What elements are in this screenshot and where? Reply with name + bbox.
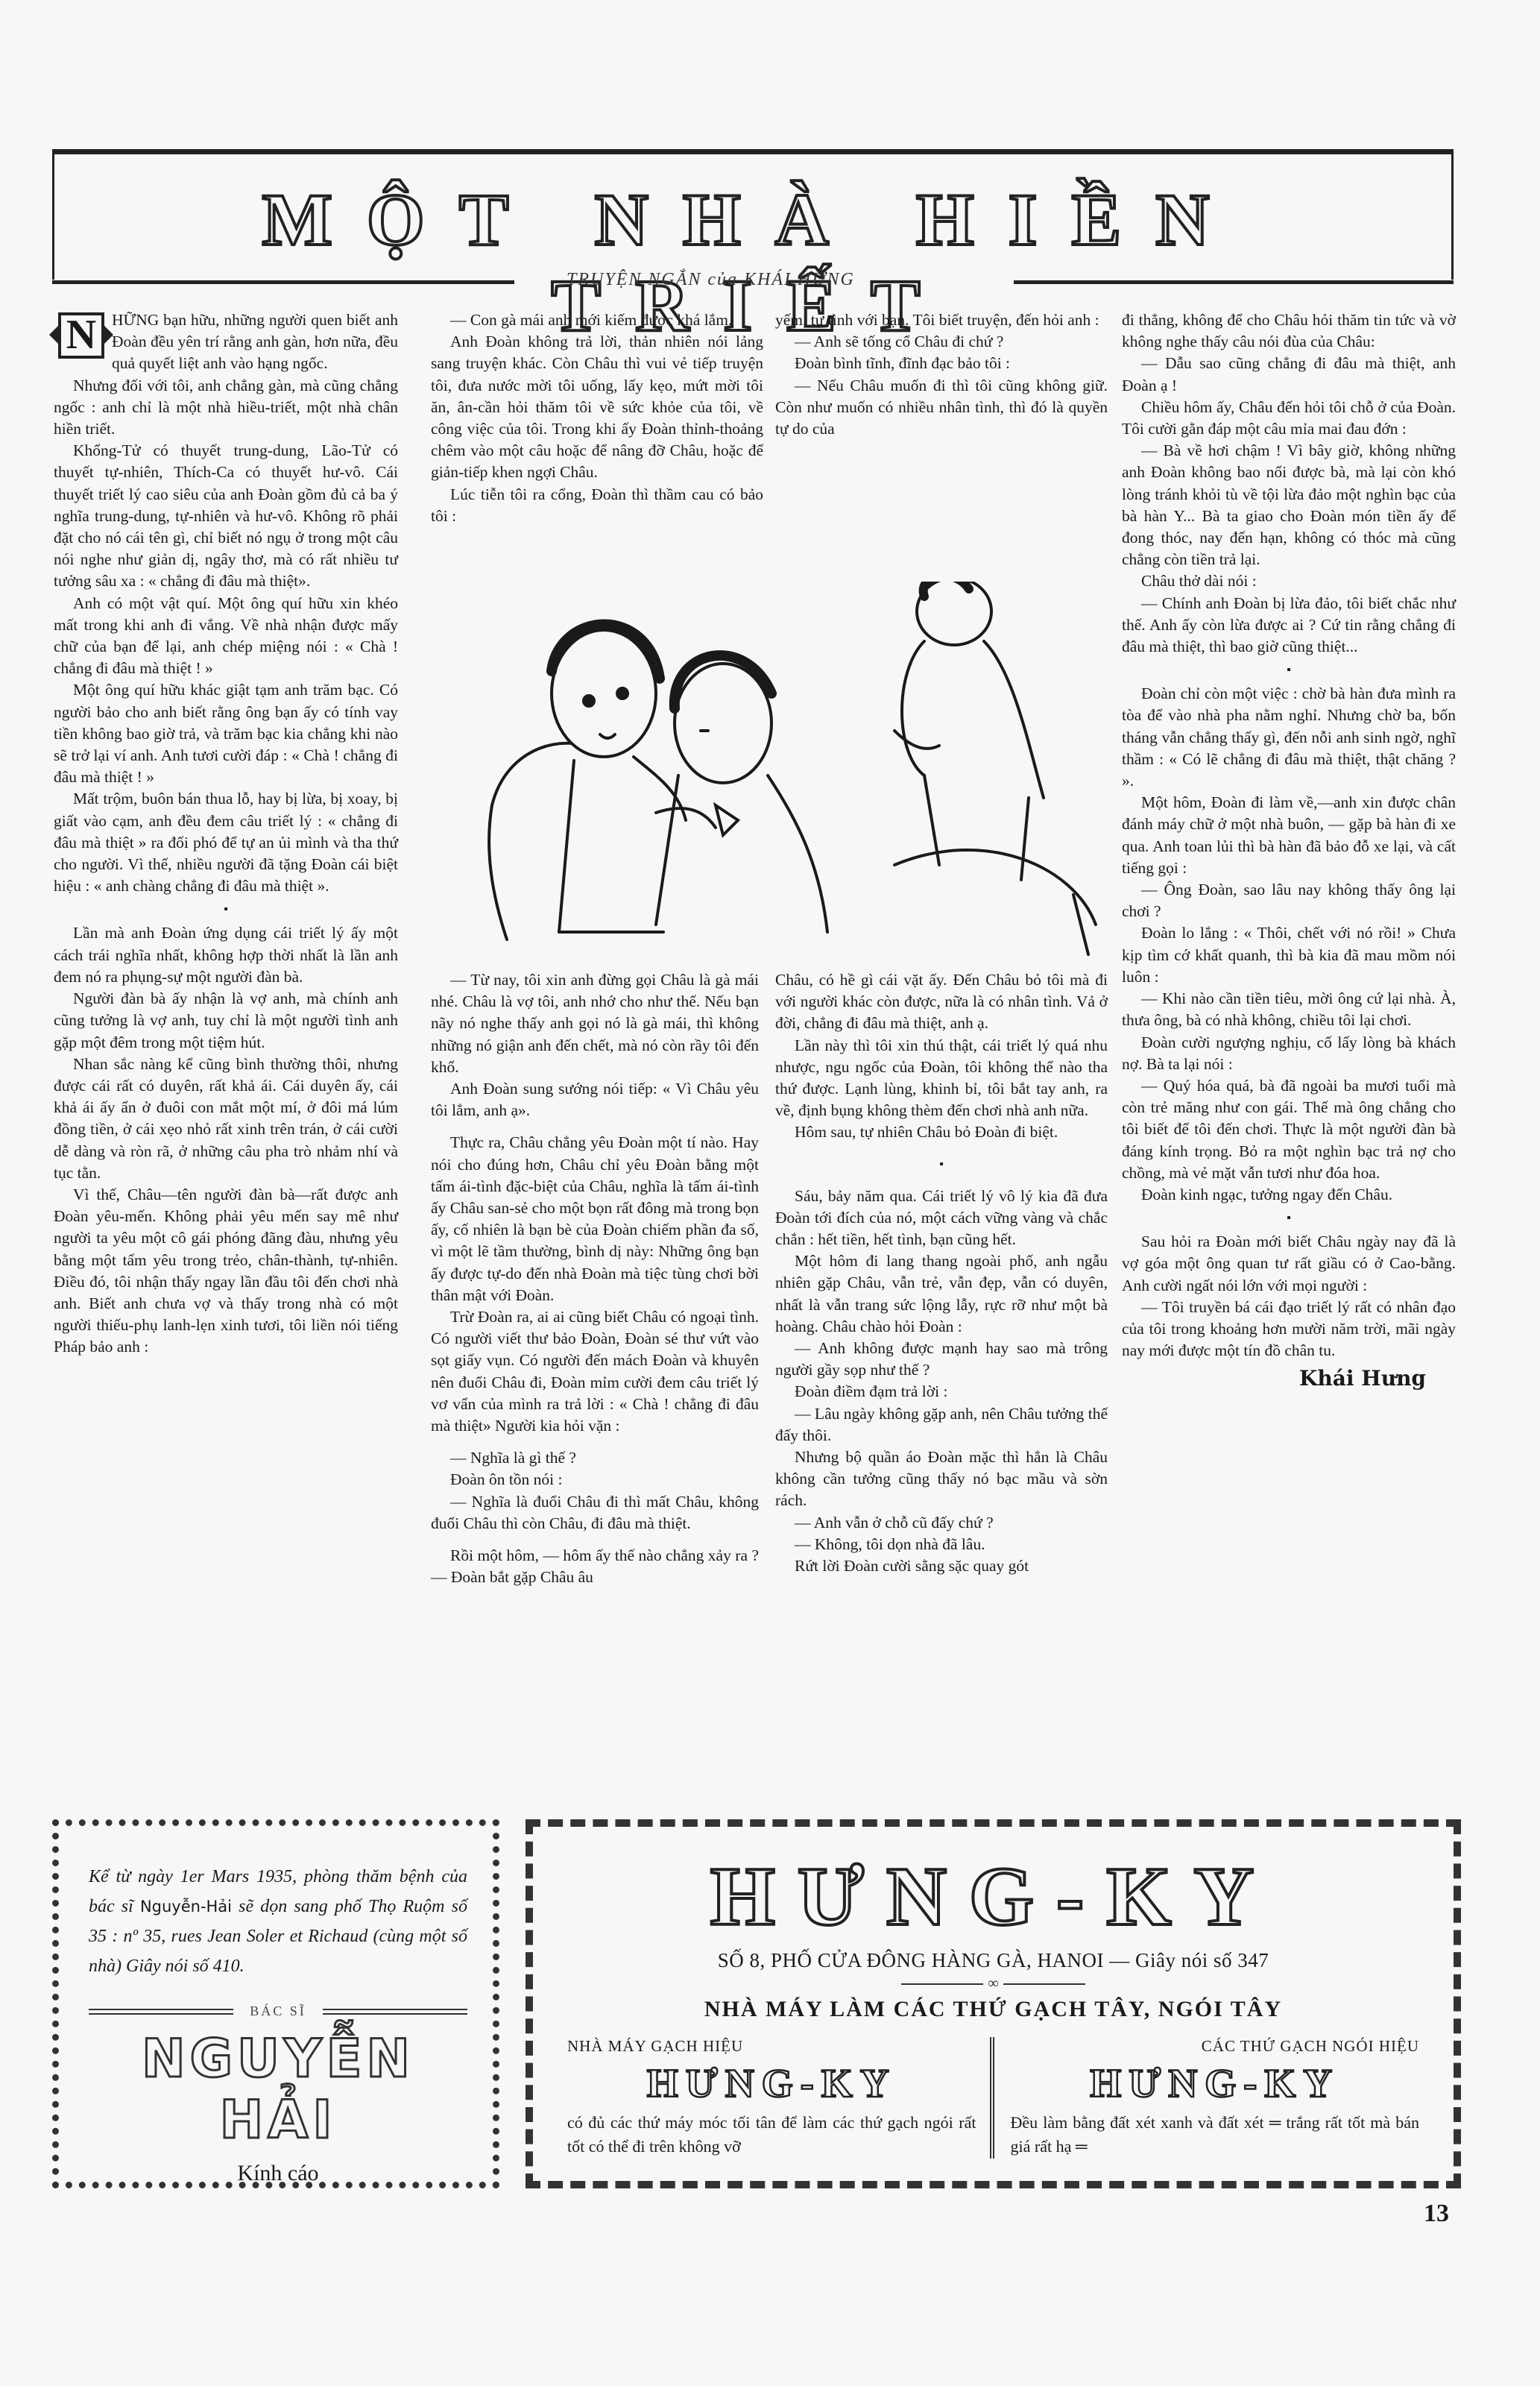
paragraph: — Anh sẽ tống cổ Châu đi chứ ? <box>775 331 1108 353</box>
ad-column-left: NHÀ MÁY GẠCH HIỆU HƯNG-KY có đủ các thứ … <box>563 2037 994 2159</box>
paragraph: Đoàn lo lắng : « Thôi, chết với nó rồi! … <box>1122 922 1456 988</box>
drop-cap: N <box>58 312 104 359</box>
paragraph: Lúc tiễn tôi ra cổng, Đoàn thì thầm cau … <box>431 484 763 527</box>
column-heading: NHÀ MÁY GẠCH HIỆU <box>567 2037 976 2056</box>
title-label: BÁC SĨ <box>233 2003 323 2019</box>
newspaper-page: MỘT NHÀ HIỀN TRIẾT TRUYỆN NGẮN của KHÁI … <box>0 0 1540 2386</box>
ad-columns: NHÀ MÁY GẠCH HIỆU HƯNG-KY có đủ các thứ … <box>563 2037 1424 2159</box>
paragraph: Anh có một vật quí. Một ông quí hữu xin … <box>54 593 398 680</box>
paragraph: Đoàn ôn tồn nói : <box>431 1469 759 1491</box>
paragraph: Thực ra, Châu chẳng yêu Đoàn một tí nào.… <box>431 1132 759 1306</box>
paragraph: Người đàn bà ấy nhận là vợ anh, mà chính… <box>54 988 398 1054</box>
brand-name: HƯNG-KY <box>567 2060 976 2106</box>
column-3-top: yếm, tự tình với bạn. Tôi biết truyện, đ… <box>775 309 1108 440</box>
paragraph: Sau hỏi ra Đoàn mới biết Châu ngày nay đ… <box>1122 1231 1456 1297</box>
section-separator: ▪ <box>1122 658 1456 683</box>
three-figures-drawing-icon <box>477 582 1103 962</box>
paragraph: Mất trộm, buôn bán thua lỗ, hay bị lừa, … <box>54 788 398 897</box>
notice-doctor-name: Nguyễn-Hải <box>140 1898 232 1916</box>
paragraph: Một hôm, Đoàn đi làm về,—anh xin được ch… <box>1122 792 1456 879</box>
title-row: BÁC SĨ <box>89 2003 467 2019</box>
column-heading: CÁC THỨ GẠCH NGÓI HIỆU <box>1011 2037 1420 2056</box>
paragraph: Lần mà anh Đoàn ứng dụng cái triết lý ấy… <box>54 922 398 988</box>
tagline: NHÀ MÁY LÀM CÁC THỨ GẠCH TÂY, NGÓI TÂY <box>563 1997 1424 2022</box>
paragraph: Trừ Đoàn ra, ai ai cũng biết Châu có ngo… <box>431 1306 759 1437</box>
paragraph: — Quý hóa quá, bà đã ngoài ba mươi tuổi … <box>1122 1075 1456 1184</box>
column-4: đi thẳng, không để cho Châu hỏi thăm tin… <box>1122 309 1456 1390</box>
paragraph: Một hôm đi lang thang ngoài phố, anh ngẫ… <box>775 1250 1108 1338</box>
paragraph: Một ông quí hữu khác giật tạm anh trăm b… <box>54 679 398 788</box>
paragraph: Vì thế, Châu—tên người đàn bà—rất được a… <box>54 1184 398 1359</box>
paragraph: — Tôi truyền bá cái đạo triết lý rất có … <box>1122 1297 1456 1362</box>
paragraph: — Anh vẫn ở chỗ cũ đấy chứ ? <box>775 1512 1108 1534</box>
ad-notice: Kể từ ngày 1er Mars 1935, phòng thăm bện… <box>89 1862 467 1981</box>
section-separator: ▪ <box>775 1144 1108 1186</box>
paragraph: — Chính anh Đoàn bị lừa đảo, tôi biết ch… <box>1122 593 1456 658</box>
paragraph: Hôm sau, tự nhiên Châu bỏ Đoàn đi biệt. <box>775 1121 1108 1143</box>
paragraph: — Khi nào cần tiền tiêu, mời ông cứ lại … <box>1122 988 1456 1031</box>
paragraph: Châu, có hề gì cái vặt ấy. Đến Châu bỏ t… <box>775 969 1108 1035</box>
paragraph: — Ông Đoàn, sao lâu nay không thấy ông l… <box>1122 879 1456 922</box>
doctor-name: NGUYỄN HẢI <box>89 2028 467 2150</box>
paragraph: Chiều hôm ấy, Châu đến hỏi tôi chỗ ở của… <box>1122 397 1456 440</box>
doctor-advertisement: Kể từ ngày 1er Mars 1935, phòng thăm bện… <box>52 1819 499 2188</box>
paragraph: Lần này thì tôi xin thú thật, cái triết … <box>775 1035 1108 1122</box>
paragraph: — Nghĩa là đuổi Châu đi thì mất Châu, kh… <box>431 1491 759 1534</box>
ornament-icon: ∞ <box>563 1975 1424 1992</box>
paragraph: Châu thở dài nói : <box>1122 570 1456 592</box>
paragraph: — Lâu ngày không gặp anh, nên Châu tưởng… <box>775 1403 1108 1447</box>
paragraph: — Từ nay, tôi xin anh đừng gọi Châu là g… <box>431 969 759 1078</box>
paragraph: — Nếu Châu muốn đi thì tôi cũng không gi… <box>775 375 1108 441</box>
brand-name: HƯNG-KY <box>1011 2060 1420 2106</box>
paragraph: — Anh không được mạnh hay sao mà trông n… <box>775 1338 1108 1381</box>
divider <box>323 2009 467 2015</box>
paragraph: Đoàn chỉ còn một việc : chờ bà hàn đưa m… <box>1122 683 1456 792</box>
paragraph: Khổng-Tử có thuyết trung-dung, Lão-Tử có… <box>54 440 398 592</box>
paragraph: Anh Đoàn sung sướng nói tiếp: « Vì Châu … <box>431 1078 759 1121</box>
paragraph: Sáu, bảy năm qua. Cái triết lý vô lý kia… <box>775 1186 1108 1251</box>
paragraph: đi thẳng, không để cho Châu hỏi thăm tin… <box>1122 309 1456 353</box>
illustration <box>477 582 1103 962</box>
column-2-bottom: — Từ nay, tôi xin anh đừng gọi Châu là g… <box>431 969 759 1588</box>
title-banner: MỘT NHÀ HIỀN TRIẾT <box>52 149 1454 280</box>
closing: Kính cáo <box>89 2161 467 2186</box>
section-separator: ▪ <box>54 897 398 922</box>
ornament-glyph: ∞ <box>988 1975 998 1992</box>
paragraph: Đoàn bình tĩnh, đĩnh đạc bảo tôi : <box>775 353 1108 374</box>
rule-right <box>1014 280 1454 284</box>
paragraph: Rứt lời Đoàn cười sằng sặc quay gót <box>775 1555 1108 1577</box>
ad-column-right: CÁC THỨ GẠCH NGÓI HIỆU HƯNG-KY Đều làm b… <box>994 2037 1424 2159</box>
column-1: N HỮNG bạn hữu, những người quen biết an… <box>54 309 398 1359</box>
paragraph: — Dẫu sao cũng chẳng đi đâu mà thiệt, an… <box>1122 353 1456 396</box>
brickworks-advertisement: HƯNG-KY SỐ 8, PHỐ CỬA ĐÔNG HÀNG GÀ, HANO… <box>526 1819 1461 2188</box>
paragraph: Đoàn cười ngượng nghịu, cố lấy lòng bà k… <box>1122 1032 1456 1075</box>
paragraph: Nhưng bộ quần áo Đoàn mặc thì hẳn là Châ… <box>775 1447 1108 1512</box>
author-signature: Khái Hưng <box>1122 1367 1456 1389</box>
byline: TRUYỆN NGẮN của KHÁI HƯNG <box>567 270 855 290</box>
paragraph: Nhan sắc nàng kể cũng bình thường thôi, … <box>54 1054 398 1184</box>
paragraph: — Con gà mái anh mới kiếm được khá lắm. <box>431 309 763 331</box>
paragraph: — Bà về hơi chậm ! Vì bây giờ, không nhữ… <box>1122 440 1456 570</box>
brand-name: HƯNG-KY <box>563 1852 1424 1942</box>
paragraph: Anh Đoàn không trả lời, thản nhiên nói l… <box>431 331 763 483</box>
column-body: Đều làm bằng đất xét xanh và đất xét ═ t… <box>1011 2111 1420 2159</box>
divider <box>89 2009 233 2015</box>
paragraph: Đoàn kinh ngạc, tưởng ngay đến Châu. <box>1122 1184 1456 1206</box>
paragraph: — Nghĩa là gì thế ? <box>431 1447 759 1469</box>
paragraph: yếm, tự tình với bạn. Tôi biết truyện, đ… <box>775 309 1108 331</box>
section-separator: ▪ <box>1122 1206 1456 1231</box>
column-2-top: — Con gà mái anh mới kiếm được khá lắm. … <box>431 309 763 527</box>
paragraph: Đoàn điềm đạm trả lời : <box>775 1381 1108 1403</box>
paragraph: Nhưng đối với tôi, anh chẳng gàn, mà cũn… <box>54 375 398 441</box>
column-3-bottom: Châu, có hề gì cái vặt ấy. Đến Châu bỏ t… <box>775 969 1108 1577</box>
paragraph: Rồi một hôm, — hôm ấy thế nào chẳng xảy … <box>431 1545 759 1588</box>
column-body: có đủ các thứ máy móc tối tân để làm các… <box>567 2111 976 2159</box>
address: SỐ 8, PHỐ CỬA ĐÔNG HÀNG GÀ, HANOI — Giây… <box>563 1949 1424 1972</box>
rule-left <box>52 280 514 284</box>
byline-row: TRUYỆN NGẮN của KHÁI HƯNG <box>52 270 1454 292</box>
paragraph: — Không, tôi dọn nhà đã lâu. <box>775 1534 1108 1555</box>
page-number: 13 <box>1424 2200 1449 2228</box>
